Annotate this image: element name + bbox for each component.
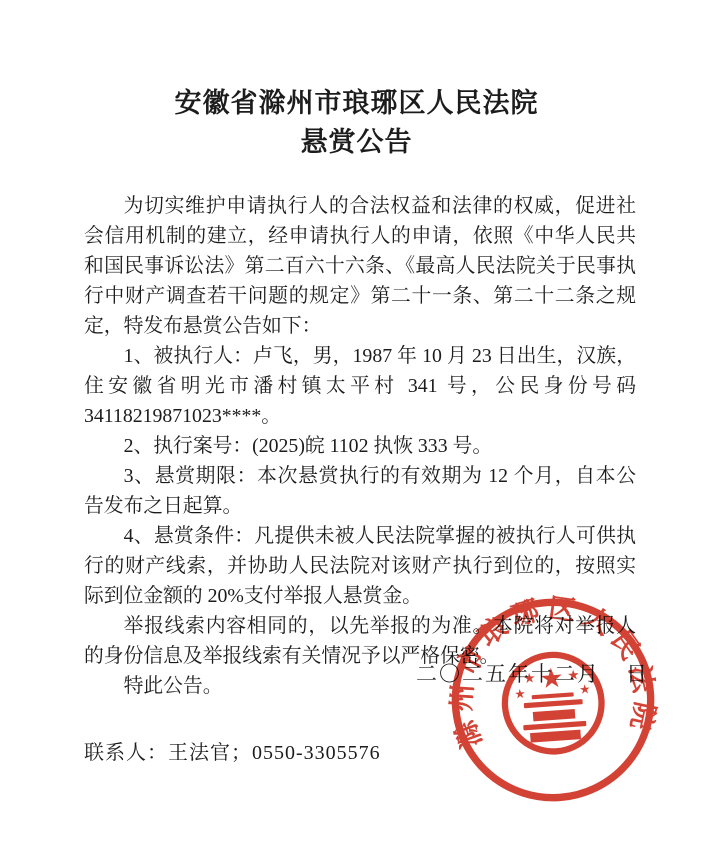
paragraph-item-reward-condition: 4、悬赏条件：凡提供未被人民法院掌握的被执行人可供执行的财产线索，并协助人民法院…: [84, 521, 636, 611]
court-name-title: 安徽省滁州市琅琊区人民法院: [0, 84, 713, 123]
paragraph-item-reward-period: 3、悬赏期限：本次悬赏执行的有效期为 12 个月，自本公告发布之日起算。: [84, 461, 636, 521]
paragraph-item-case-number: 2、执行案号：(2025)皖 1102 执恢 333 号。: [84, 431, 636, 461]
issue-date-prefix: 二〇二五年十二月: [416, 658, 600, 688]
paragraph-intro: 为切实维护申请执行人的合法权益和法律的权威，促进社会信用机制的建立，经申请执行人…: [84, 191, 636, 341]
document-title: 安徽省滁州市琅琊区人民法院 悬赏公告: [0, 84, 713, 162]
notice-body: 为切实维护申请执行人的合法权益和法律的权威，促进社会信用机制的建立，经申请执行人…: [84, 191, 636, 701]
issue-date: 二〇二五年十二月 日: [416, 658, 649, 688]
paragraph-item-executee: 1、被执行人：卢飞，男，1987 年 10 月 23 日出生，汉族，住安徽省明光…: [84, 341, 636, 431]
notice-type-title: 悬赏公告: [0, 123, 713, 162]
issue-date-suffix: 日: [626, 658, 649, 688]
notice-page: 安徽省滁州市琅琊区人民法院 悬赏公告 为切实维护申请执行人的合法权益和法律的权威…: [0, 0, 713, 858]
contact-line: 联系人：王法官；0550-3305576: [84, 736, 381, 765]
